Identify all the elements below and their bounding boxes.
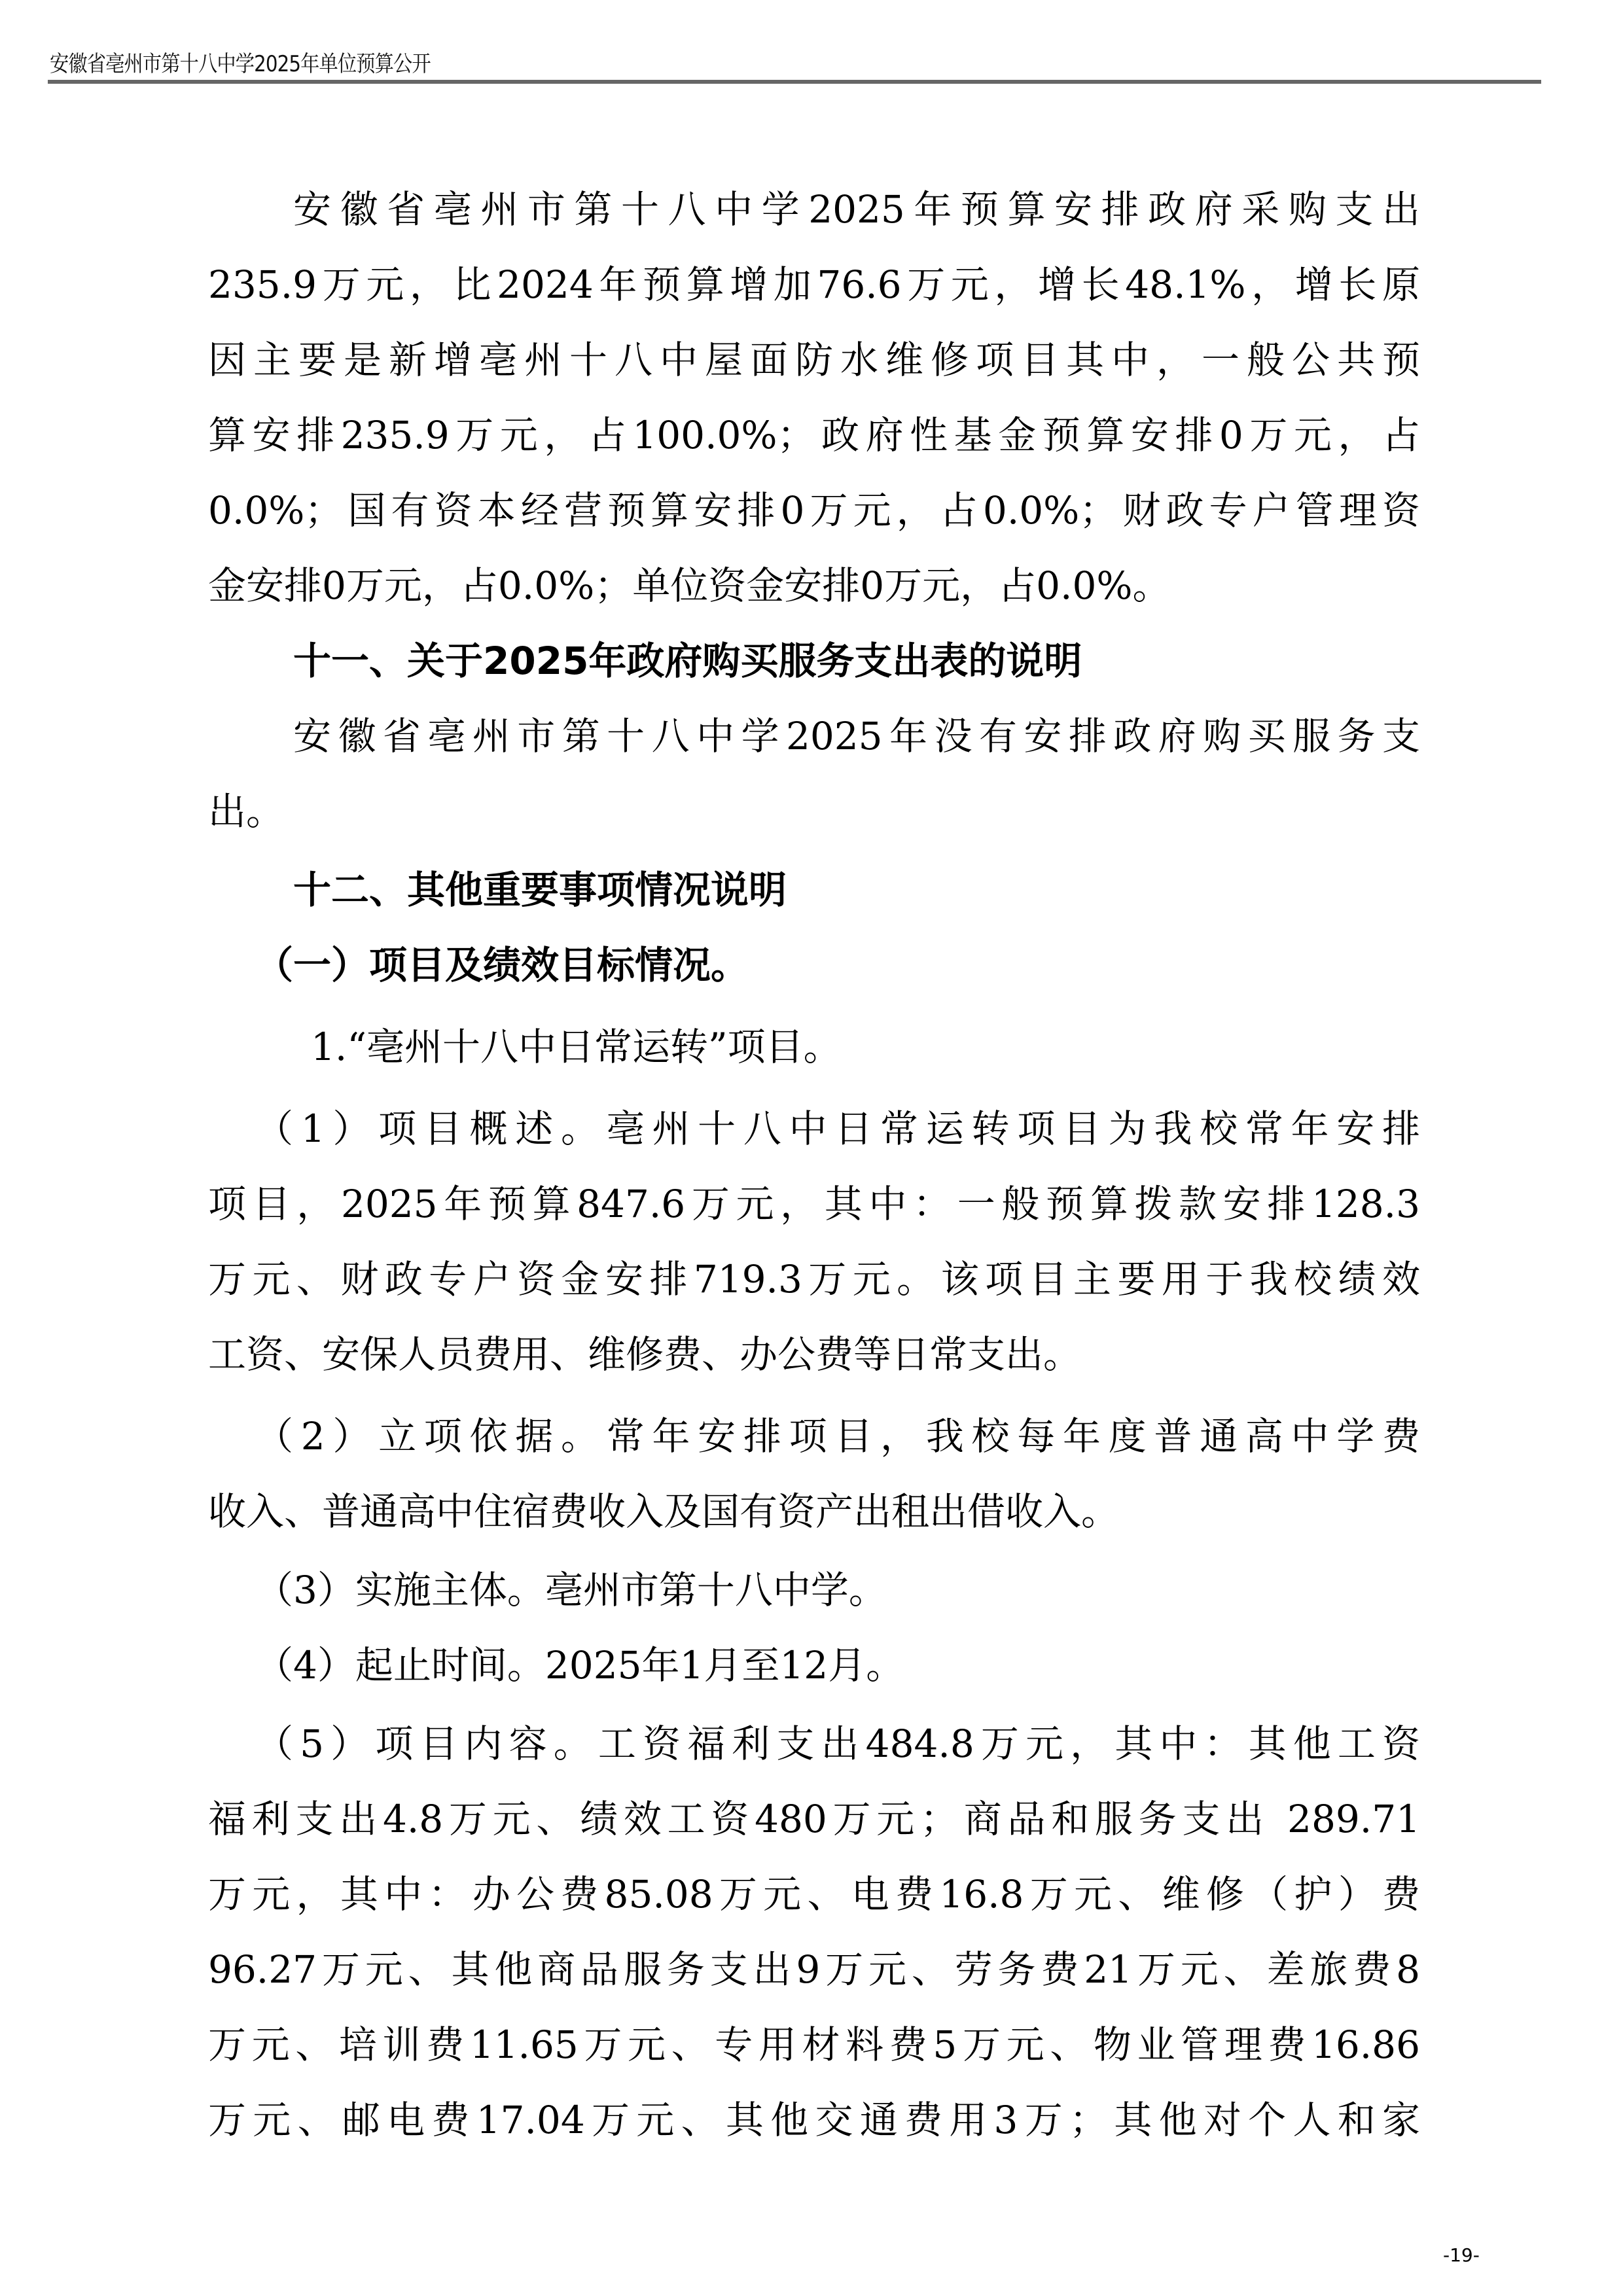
paragraph-line: 福利支出4.8万元、绩效工资480万元；商品和服务支出 289.71 — [208, 1796, 1420, 1842]
paragraph-line: 项目，2025年预算847.6万元，其中：一般预算拨款安排128.3 — [208, 1181, 1420, 1227]
paragraph-line: （2）立项依据。常年安排项目，我校每年度普通高中学费 — [255, 1413, 1420, 1459]
paragraph-line: 0.0%；国有资本经营预算安排0万元，占0.0%；财政专户管理资 — [208, 487, 1420, 533]
paragraph-line: （5）项目内容。工资福利支出484.8万元，其中：其他工资 — [255, 1721, 1420, 1767]
paragraph-line: 出。 — [208, 788, 1420, 834]
paragraph-line: （1）项目概述。亳州十八中日常运转项目为我校常年安排 — [255, 1106, 1420, 1152]
paragraph-line: 安徽省亳州市第十八中学2025年预算安排政府采购支出 — [293, 186, 1420, 232]
project-item-title: 1.“亳州十八中日常运转”项目。 — [311, 1024, 842, 1070]
paragraph-line: 安徽省亳州市第十八中学2025年没有安排政府购买服务支 — [293, 713, 1420, 759]
paragraph-line: 算安排235.9万元，占100.0%；政府性基金预算安排0万元，占 — [208, 412, 1420, 458]
document-page: 安徽省亳州市第十八中学2025年单位预算公开 安徽省亳州市第十八中学2025年预… — [0, 0, 1623, 2296]
implementer-line: （3）实施主体。亳州市第十八中学。 — [255, 1567, 887, 1613]
header-divider — [48, 80, 1541, 84]
paragraph-line: 万元、培训费11.65万元、专用材料费5万元、物业管理费16.86 — [208, 2022, 1420, 2068]
paragraph-line: 金安排0万元，占0.0%；单位资金安排0万元，占0.0%。 — [208, 563, 1420, 609]
paragraph-line: 因主要是新增亳州十八中屋面防水维修项目其中，一般公共预 — [208, 337, 1420, 383]
subsection-heading: （一）项目及绩效目标情况。 — [255, 942, 749, 988]
paragraph-line: 工资、安保人员费用、维修费、办公费等日常支出。 — [208, 1332, 1420, 1377]
period-line: （4）起止时间。2025年1月至12月。 — [255, 1642, 904, 1688]
paragraph-line: 万元、财政专户资金安排719.3万元。该项目主要用于我校绩效 — [208, 1256, 1420, 1302]
running-header: 安徽省亳州市第十八中学2025年单位预算公开 — [50, 46, 431, 78]
page-number: -19- — [1443, 2244, 1480, 2266]
paragraph-line: 235.9万元，比2024年预算增加76.6万元，增长48.1%，增长原 — [208, 262, 1420, 308]
paragraph-line: 万元、邮电费17.04万元、其他交通费用3万；其他对个人和家 — [208, 2097, 1420, 2143]
paragraph-line: 收入、普通高中住宿费收入及国有资产出租出借收入。 — [208, 1489, 1420, 1534]
paragraph-line: 96.27万元、其他商品服务支出9万元、劳务费21万元、差旅费8 — [208, 1947, 1420, 1992]
section-heading-12: 十二、其他重要事项情况说明 — [293, 867, 787, 913]
paragraph-line: 万元，其中：办公费85.08万元、电费16.8万元、维修（护）费 — [208, 1871, 1420, 1917]
section-heading-11: 十一、关于2025年政府购买服务支出表的说明 — [293, 638, 1082, 684]
